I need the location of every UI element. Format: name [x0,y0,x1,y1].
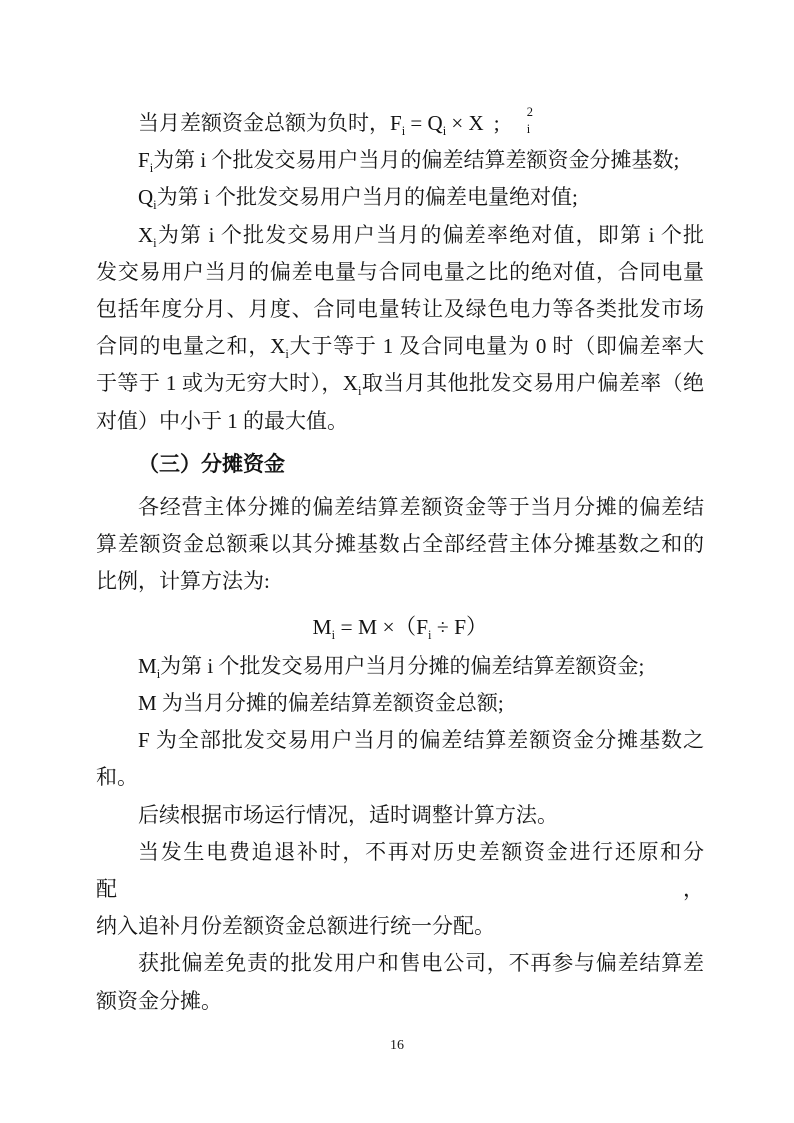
text-line: F 为全部批发交易用户当月的偏差结算差额资金分摊基数之 [96,722,704,759]
text-line: Mi为第 i 个批发交易用户当月分摊的偏差结算差额资金; [96,648,704,685]
text-line: Fi为第 i 个批发交易用户当月的偏差结算差额资金分摊基数; [96,142,704,179]
document-page: 当月差额资金总额为负时，Fi = Qi × X2i;Fi为第 i 个批发交易用户… [0,0,794,1123]
document-body: 当月差额资金总额为负时，Fi = Qi × X2i;Fi为第 i 个批发交易用户… [96,105,704,1020]
text-line: 纳入追补月份差额资金总额进行统一分配。 [96,908,704,945]
text-line: Qi为第 i 个批发交易用户当月的偏差电量绝对值; [96,179,704,216]
text-line: 后续根据市场运行情况，适时调整计算方法。 [96,797,704,834]
text-line: 当月差额资金总额为负时，Fi = Qi × X2i; [96,105,704,142]
text-line: M 为当月分摊的偏差结算差额资金总额; [96,685,704,722]
text-line: 发交易用户当月的偏差电量与合同电量之比的绝对值，合同电量 [96,254,704,291]
text-line: 和。 [96,759,704,796]
text-line: 比例，计算方法为: [96,563,704,600]
page-number: 16 [0,1038,794,1054]
formula-line: Mi = M ×（Fi ÷ F） [96,609,704,646]
text-line: 于等于 1 或为无穷大时），Xi取当月其他批发交易用户偏差率（绝 [96,365,704,402]
text-line: 包括年度分月、月度、合同电量转让及绿色电力等各类批发市场 [96,291,704,328]
text-line: 对值）中小于 1 的最大值。 [96,403,704,440]
text-line: 合同的电量之和，Xi大于等于 1 及合同电量为 0 时（即偏差率大 [96,328,704,365]
text-line: Xi为第 i 个批发交易用户当月的偏差率绝对值，即第 i 个批 [96,217,704,254]
section-heading: （三）分摊资金 [96,446,704,483]
text-line: 各经营主体分摊的偏差结算差额资金等于当月分摊的偏差结 [96,489,704,526]
text-line: 当发生电费追退补时，不再对历史差额资金进行还原和分配， [96,834,704,908]
text-line: 额资金分摊。 [96,983,704,1020]
text-line: 获批偏差免责的批发用户和售电公司，不再参与偏差结算差 [96,945,704,982]
text-line: 算差额资金总额乘以其分摊基数占全部经营主体分摊基数之和的 [96,526,704,563]
stacked-supsub: 2i [484,109,494,130]
